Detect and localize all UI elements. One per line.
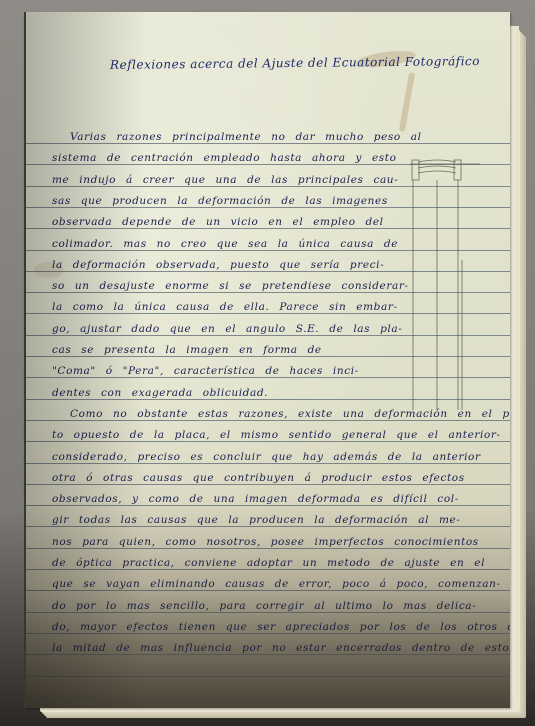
handwritten-line: observada depende de un vicio en el empl…: [52, 215, 372, 229]
handwritten-line: dentes con exagerada oblicuidad.: [52, 386, 372, 400]
handwritten-line: Varias razones principalmente no dar muc…: [70, 130, 372, 144]
ruled-line: [26, 676, 510, 677]
handwritten-line: la mitad de mas influencia por no estar …: [52, 641, 498, 655]
handwritten-line: do por lo mas sencillo, para corregir al…: [52, 599, 498, 613]
handwritten-line: sistema de centración empleado hasta aho…: [52, 151, 372, 165]
handwritten-line: "Coma" ó "Pera", característica de haces…: [52, 364, 372, 378]
handwritten-line: cas se presenta la imagen en forma de: [52, 343, 372, 357]
handwritten-line: do, mayor efectos tienen que ser aprecia…: [52, 620, 498, 634]
stain: [399, 72, 415, 132]
handwritten-line: otra ó otras causas que contribuyen á pr…: [52, 471, 498, 485]
handwritten-line: observados, y como de una imagen deforma…: [52, 492, 498, 506]
handwritten-line: me indujo á creer que una de las princip…: [52, 173, 372, 187]
pencil-sketch-icon: [410, 140, 480, 410]
document-title: Reflexiones acerca del Ajuste del Ecuato…: [110, 54, 480, 72]
handwritten-line: gir todas las causas que la producen la …: [52, 513, 498, 527]
handwritten-line: to opuesto de la placa, el mismo sentido…: [52, 428, 498, 442]
handwritten-line: colimador. mas no creo que sea la única …: [52, 237, 372, 251]
handwritten-line: considerado, preciso es concluir que hay…: [52, 450, 498, 464]
handwritten-line: que se vayan eliminando causas de error,…: [52, 577, 498, 591]
handwritten-line: so un desajuste enorme si se pretendiese…: [52, 279, 372, 293]
manuscript-page: Reflexiones acerca del Ajuste del Ecuato…: [24, 12, 510, 708]
ruled-line: [26, 697, 510, 698]
handwritten-line: go, ajustar dado que en el angulo S.E. d…: [52, 322, 372, 336]
handwritten-line: la deformación observada, puesto que ser…: [52, 258, 372, 272]
handwritten-line: la como la única causa de ella. Parece s…: [52, 300, 372, 314]
handwritten-line: Como no obstante estas razones, existe u…: [70, 407, 498, 421]
handwritten-line: de óptica practica, conviene adoptar un …: [52, 556, 498, 570]
handwritten-line: sas que producen la deformación de las i…: [52, 194, 372, 208]
handwritten-line: nos para quien, como nosotros, posee imp…: [52, 535, 498, 549]
